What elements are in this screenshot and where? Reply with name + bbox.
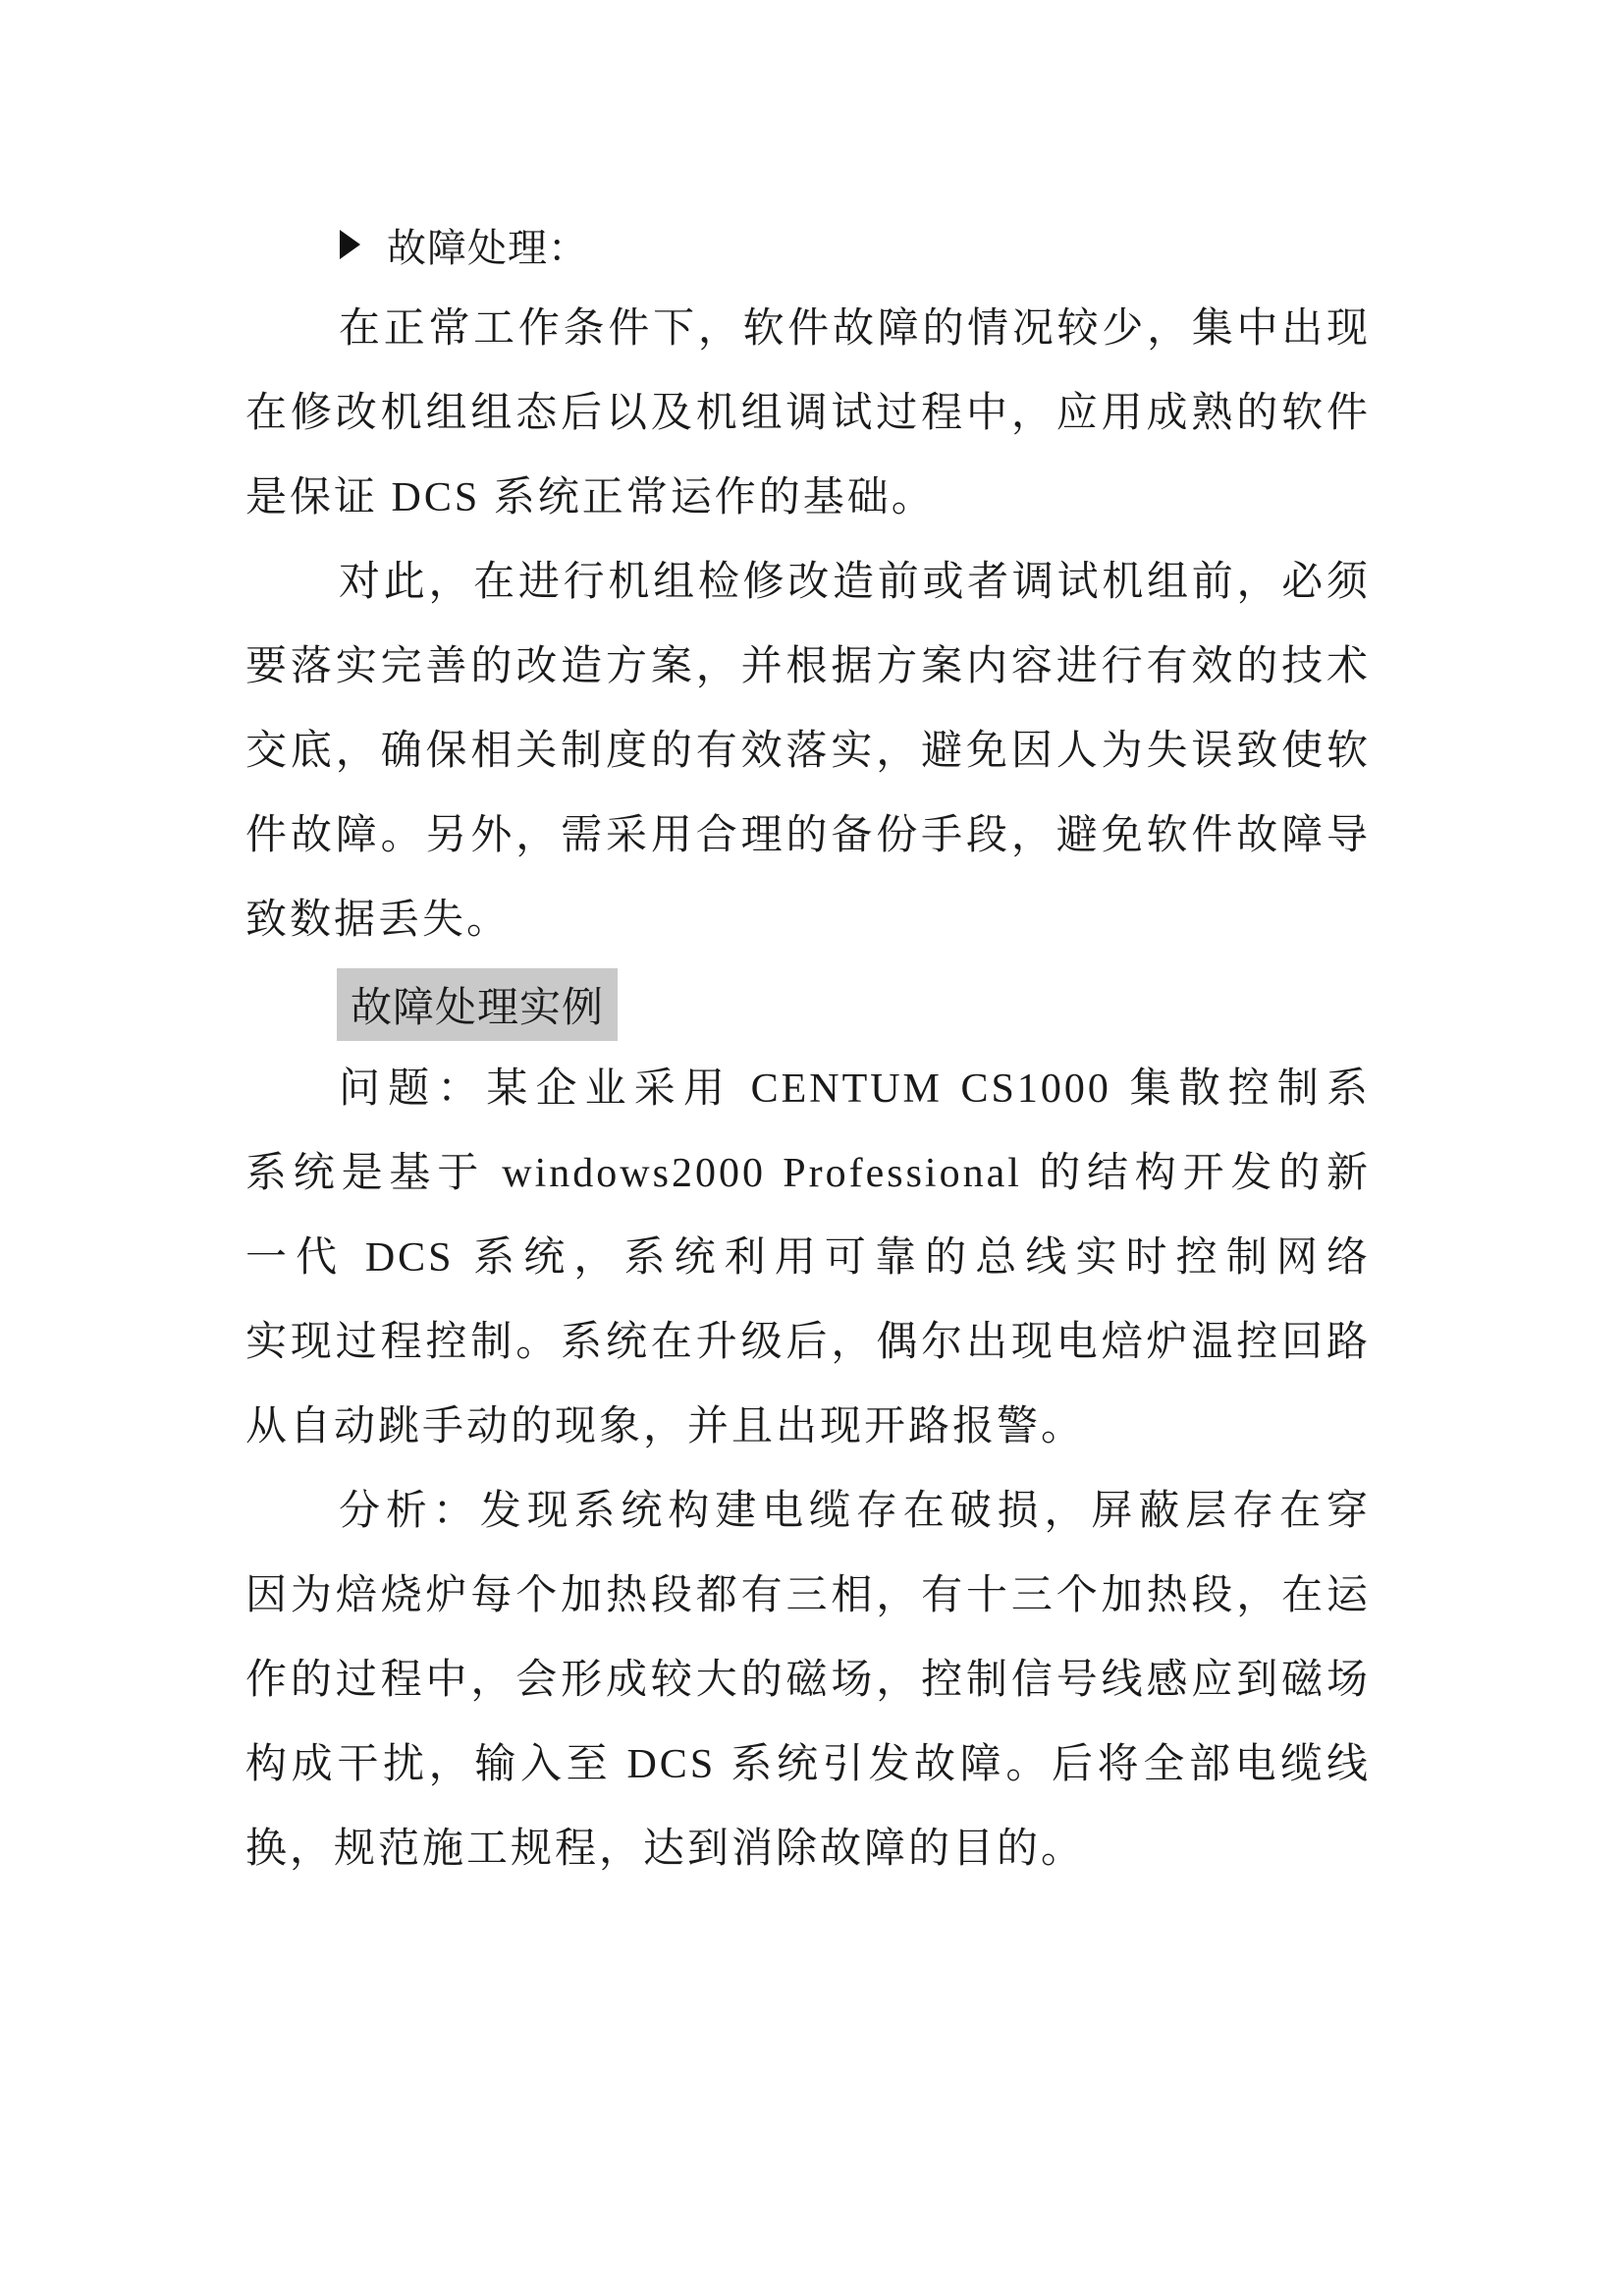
paragraph-line: 是保证 DCS 系统正常运作的基础。 bbox=[245, 456, 1371, 540]
paragraph-line: 问题：某企业采用 CENTUM CS1000 集散控制系统，该 bbox=[245, 1047, 1371, 1131]
paragraph-line: 要落实完善的改造方案，并根据方案内容进行有效的技术 bbox=[245, 625, 1371, 709]
paragraph-line: 对此，在进行机组检修改造前或者调试机组前，必须 bbox=[245, 540, 1371, 625]
highlight-heading-line: 故障处理实例 bbox=[245, 962, 1371, 1047]
paragraph-line: 致数据丢失。 bbox=[245, 878, 1371, 962]
highlighted-heading: 故障处理实例 bbox=[337, 968, 618, 1041]
paragraph-line: 在修改机组组态后以及机组调试过程中，应用成熟的软件 bbox=[245, 371, 1371, 456]
paragraph-line: 在正常工作条件下，软件故障的情况较少，集中出现 bbox=[245, 287, 1371, 371]
document-body: 故障处理： 在正常工作条件下，软件故障的情况较少，集中出现在修改机组组态后以及机… bbox=[245, 202, 1371, 1891]
paragraph-line: 系统是基于 windows2000 Professional 的结构开发的新 bbox=[245, 1131, 1371, 1216]
paragraph-line: 实现过程控制。系统在升级后，偶尔出现电焙炉温控回路 bbox=[245, 1300, 1371, 1385]
heading-label: 故障处理： bbox=[387, 217, 588, 273]
paragraph-line: 分析：发现系统构建电缆存在破损，屏蔽层存在穿孔， bbox=[245, 1469, 1371, 1554]
paragraph-line: 件故障。另外，需采用合理的备份手段，避免软件故障导 bbox=[245, 793, 1371, 878]
right-triangle-bullet-icon bbox=[340, 230, 360, 259]
paragraph-line: 从自动跳手动的现象，并且出现开路报警。 bbox=[245, 1385, 1371, 1469]
paragraph-line: 换，规范施工规程，达到消除故障的目的。 bbox=[245, 1807, 1371, 1891]
paragraph-line: 交底，确保相关制度的有效落实，避免因人为失误致使软 bbox=[245, 709, 1371, 793]
paragraph-line: 构成干扰，输入至 DCS 系统引发故障。后将全部电缆线更 bbox=[245, 1722, 1371, 1807]
paragraph-line: 因为焙烧炉每个加热段都有三相，有十三个加热段，在运 bbox=[245, 1554, 1371, 1638]
document-page: 故障处理： 在正常工作条件下，软件故障的情况较少，集中出现在修改机组组态后以及机… bbox=[0, 0, 1623, 2296]
paragraph-line: 一代 DCS 系统，系统利用可靠的总线实时控制网络 VLNET bbox=[245, 1216, 1371, 1300]
paragraph-line: 作的过程中，会形成较大的磁场，控制信号线感应到磁场 bbox=[245, 1638, 1371, 1722]
heading-line: 故障处理： bbox=[245, 202, 1371, 287]
